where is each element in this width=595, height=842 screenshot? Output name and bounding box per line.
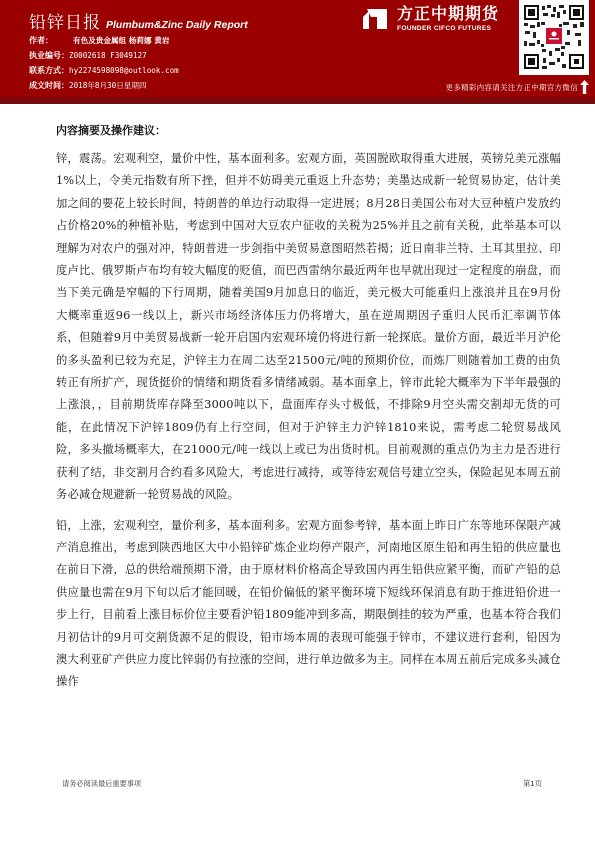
meta-label: 执业编号： xyxy=(29,50,69,61)
meta-value: 2018年8月30日星期四 xyxy=(69,80,147,91)
arrow-up-icon xyxy=(580,80,589,94)
qr-code-icon xyxy=(519,0,589,75)
brand-name-en: FOUNDER CIFCO FUTURES xyxy=(397,25,499,32)
section-title: 内容摘要及操作建议： xyxy=(56,122,561,138)
paragraph-zinc: 锌，震荡。宏观利空，量价中性，基本面利多。宏观方面，英国脱欧取得重大进展，英镑兑… xyxy=(56,148,561,507)
meta-author: 作者： 有色及贵金属组 杨莉娜 黄岩 xyxy=(29,33,179,48)
meta-label: 成文时间： xyxy=(29,80,69,91)
header-divider-band xyxy=(0,97,595,104)
page-number: 第1页 xyxy=(523,779,542,789)
follow-text: 更多精彩内容请关注方正中期官方微信 xyxy=(446,82,578,93)
meta-date: 成文时间： 2018年8月30日星期四 xyxy=(29,78,179,93)
report-title-cn: 铅锌日报 xyxy=(29,8,101,33)
footer-notice: 请务必阅读最后重要事项 xyxy=(62,779,141,789)
follow-wechat: 更多精彩内容请关注方正中期官方微信 xyxy=(446,80,589,94)
brand-name-cn: 方正中期期货 xyxy=(397,5,499,23)
meta-label: 联系方式： xyxy=(29,65,69,76)
meta-license: 执业编号： Z0002618 F3049127 xyxy=(29,48,179,63)
page-footer: 请务必阅读最后重要事项 第1页 xyxy=(62,779,542,789)
meta-value: Z0002618 F3049127 xyxy=(69,51,147,60)
report-header: 铅锌日报 Plumbum&Zinc Daily Report 作者： 有色及贵金… xyxy=(0,0,595,97)
meta-contact-email[interactable]: hy2274598098@outlook.com xyxy=(69,66,179,75)
report-title-en: Plumbum&Zinc Daily Report xyxy=(106,19,248,31)
paragraph-lead: 铅，上涨，宏观利空，量价利多，基本面利多。宏观方面参考锌，基本面上昨日广东等地环… xyxy=(56,515,561,694)
founder-logo-icon xyxy=(361,7,391,31)
report-title: 铅锌日报 Plumbum&Zinc Daily Report xyxy=(29,8,248,33)
meta-label: 作者： xyxy=(29,35,53,46)
brand-logo: 方正中期期货 FOUNDER CIFCO FUTURES xyxy=(361,5,499,32)
report-meta: 作者： 有色及贵金属组 杨莉娜 黄岩 执业编号： Z0002618 F30491… xyxy=(29,33,179,93)
report-content: 内容摘要及操作建议： 锌，震荡。宏观利空，量价中性，基本面利多。宏观方面，英国脱… xyxy=(56,122,561,694)
meta-value: 有色及贵金属组 杨莉娜 黄岩 xyxy=(73,35,169,46)
meta-contact: 联系方式： hy2274598098@outlook.com xyxy=(29,63,179,78)
